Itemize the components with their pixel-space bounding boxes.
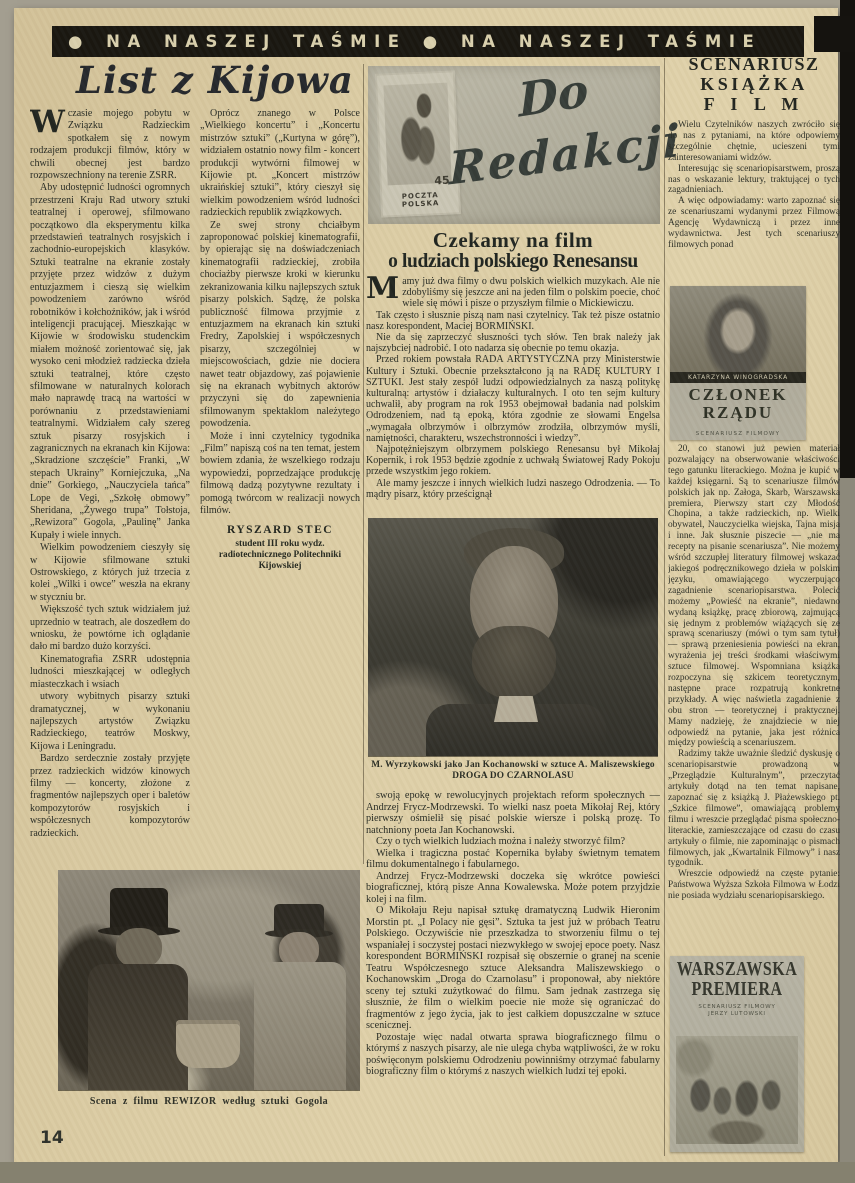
headline-line1: Czekamy na film — [366, 229, 660, 251]
middle-lead-paragraph: Mamy już dwa filmy o dwu polskich wielki… — [366, 276, 660, 310]
portrait-beard — [472, 626, 556, 700]
paragraph: Wielu Czytelników naszych zwróciło się d… — [668, 120, 840, 164]
dropcap-w: W — [30, 108, 68, 135]
paragraph: Interesując się scenariopisarstwem, pros… — [668, 164, 840, 197]
paragraph: Ze swej strony chciałbym zaproponować po… — [200, 220, 360, 431]
paragraph: Większość tych sztuk widziałem już uprze… — [30, 604, 190, 654]
right-column-body-bottom: 20, co stanowi już pewien materiał pozwa… — [668, 444, 840, 952]
book-title-line1: CZŁONEK — [670, 386, 806, 404]
book-title: CZŁONEK RZĄDU — [670, 386, 806, 422]
column-divider-left — [363, 64, 364, 864]
left-lead-paragraph: Wczasie mojego pobytu w Związku Radzieck… — [30, 108, 190, 182]
paragraph: Pozostaje więc nadal otwarta sprawa biog… — [366, 1032, 660, 1078]
paragraph: Może i inni czytelnicy tygodnika „Film” … — [200, 431, 360, 518]
do-redakcji-header: 45 POCZTA POLSKA Do Redakcji — [368, 66, 660, 224]
paragraph: Nie da się zaprzeczyć słuszności tych sł… — [366, 332, 660, 354]
headline-line2: o ludziach polskiego Renesansu — [366, 251, 660, 272]
left-paragraphs: Aby udostępnić ludności ogromnych przest… — [30, 108, 360, 862]
banner-text: ● NA NASZEJ TAŚMIE ● NA NASZEJ TAŚMIE — [68, 32, 761, 51]
paragraph: Tak często i słusznie piszą nam nasi czy… — [366, 310, 660, 332]
middle-paragraphs-bottom: swoją epokę w rewolucyjnych projektach r… — [366, 790, 660, 1078]
middle-article-headline: Czekamy na film o ludziach polskiego Ren… — [366, 229, 660, 272]
column-divider-right — [664, 58, 665, 1156]
author-signature: RYSZARD STEC — [200, 524, 360, 536]
poster-credits: SCENARIUSZ FILMOWY JERZY LUTOWSKI — [670, 1004, 804, 1018]
paragraph: Kinematografia ZSRR udostępnia ludności … — [30, 654, 190, 691]
photo-figure-left-head — [116, 928, 162, 968]
heading-scenariusz: SCENARIUSZ — [668, 54, 840, 74]
rewizor-photo-caption: Scena z filmu REWIZOR według sztuki Gogo… — [58, 1096, 360, 1107]
kochanowski-portrait-photo — [368, 518, 658, 756]
author-signature-subtitle: student III roku wydz. radiotechnicznego… — [200, 539, 360, 572]
right-column-heading: SCENARIUSZ KSIĄŻKA F I L M — [668, 54, 840, 114]
heading-film: F I L M — [668, 94, 840, 114]
poster-title: WARSZAWSKA PREMIERA — [670, 960, 804, 1000]
middle-lead-text: amy już dwa filmy o dwu polskich wielkic… — [402, 276, 660, 309]
left-article-title: List z Kijowa — [76, 58, 354, 102]
dropcap-m: M — [366, 276, 402, 301]
stamp-value: 45 — [434, 174, 450, 188]
photo-figure-right-body — [254, 962, 346, 1090]
poster-credit-line1: SCENARIUSZ FILMOWY — [670, 1004, 804, 1011]
stamp-country-label: POCZTA POLSKA — [382, 190, 459, 209]
paragraph: Aby udostępnić ludności ogromnych przest… — [30, 182, 190, 542]
paragraph: O Mikołaju Reju napisał sztukę dramatycz… — [366, 905, 660, 1032]
paragraph: utwory wybitnych pisarzy sztuki dramatyc… — [30, 691, 190, 753]
warszawska-premiera-poster: WARSZAWSKA PREMIERA SCENARIUSZ FILMOWY J… — [670, 956, 804, 1152]
paragraph: Wielkim powodzeniem cieszyły się w Kijow… — [30, 542, 190, 604]
photo-figure-left-body — [88, 964, 188, 1090]
photo-figure-right-hat — [274, 904, 324, 934]
poster-title-line2: PREMIERA — [670, 980, 804, 1000]
page-number: 14 — [40, 1128, 64, 1148]
poster-crowd-illustration — [676, 1036, 798, 1144]
czlonek-rzadu-book-cover: KATARZYNA WINOGRADSKA CZŁONEK RZĄDU SCEN… — [670, 286, 806, 440]
right-paragraphs-bottom: 20, co stanowi już pewien materiał pozwa… — [668, 444, 840, 902]
middle-article-body-top: Mamy już dwa filmy o dwu polskich wielki… — [366, 276, 660, 516]
heading-ksiazka: KSIĄŻKA — [668, 74, 840, 94]
right-paragraphs-top: Wielu Czytelników naszych zwróciło się d… — [668, 120, 840, 251]
poster-credit-line2: JERZY LUTOWSKI — [670, 1011, 804, 1018]
paragraph: Bardzo serdecznie zostały przyjęte przez… — [30, 753, 190, 840]
photo-basket — [176, 1020, 240, 1068]
rewizor-film-still-photo — [58, 870, 360, 1090]
do-redakcji-script-line1: Do — [517, 62, 590, 127]
paragraph: Czy o tych wielkich ludziach można i nal… — [366, 836, 660, 848]
postage-stamp: 45 POCZTA POLSKA — [377, 72, 459, 215]
scan-artifact-top-right — [814, 16, 855, 52]
middle-article-body-bottom: swoją epokę w rewolucyjnych projektach r… — [366, 790, 660, 1156]
paragraph: Najpotężniejszym olbrzymem polskiego Ren… — [366, 444, 660, 478]
scanned-magazine-page: { "banner": { "text": "● NA NASZEJ TAŚMI… — [0, 0, 855, 1183]
book-subtitle: SCENARIUSZ FILMOWY — [670, 431, 806, 437]
scan-edge-black-bar — [840, 0, 855, 478]
photo-figure-left-hat — [110, 888, 168, 932]
paragraph: swoją epokę w rewolucyjnych projektach r… — [366, 790, 660, 836]
scan-edge-gray — [840, 478, 855, 1183]
do-redakcji-script-line2: Redakcji — [448, 114, 682, 196]
paragraph: Andrzej Frycz-Modrzewski doczeka się wkr… — [366, 871, 660, 906]
middle-paragraphs-top: Tak często i słusznie piszą nam nasi czy… — [366, 310, 660, 500]
portrait-photo-caption: M. Wyrzykowski jako Jan Kochanowski w sz… — [366, 760, 660, 782]
book-author-label: KATARZYNA WINOGRADSKA — [670, 372, 806, 383]
top-banner: ● NA NASZEJ TAŚMIE ● NA NASZEJ TAŚMIE — [52, 26, 804, 57]
paragraph: Przed rokiem powstała RADA ARTYSTYCZNA p… — [366, 354, 660, 444]
left-article-body: Wczasie mojego pobytu w Związku Radzieck… — [30, 108, 360, 862]
paragraph: Ale mamy jeszcze i innych wielkich ludzi… — [366, 478, 660, 500]
paragraph: Oprócz znanego w Polsce „Wielkiego konce… — [200, 108, 360, 220]
book-title-line2: RZĄDU — [670, 404, 806, 422]
book-cover-portrait — [670, 286, 806, 372]
paragraph: Wielka i tragiczna postać Kopernika była… — [366, 848, 660, 871]
scan-bottom-edge — [0, 1162, 855, 1183]
stamp-illustration — [383, 83, 451, 186]
right-column-body-top: Wielu Czytelników naszych zwróciło się d… — [668, 120, 840, 284]
poster-title-line1: WARSZAWSKA — [670, 960, 804, 980]
paragraph: 20, co stanowi już pewien materiał pozwa… — [668, 444, 840, 749]
paragraph: A więc odpowiadamy: warto zapoznać się z… — [668, 196, 840, 251]
paragraph: Wreszcie odpowiedź na częste pytanie: Pa… — [668, 869, 840, 902]
magazine-page: ● NA NASZEJ TAŚMIE ● NA NASZEJ TAŚMIE Li… — [14, 8, 838, 1162]
paragraph: Radzimy także uważnie śledzić dyskusję o… — [668, 749, 840, 869]
portrait-collar — [494, 696, 538, 722]
